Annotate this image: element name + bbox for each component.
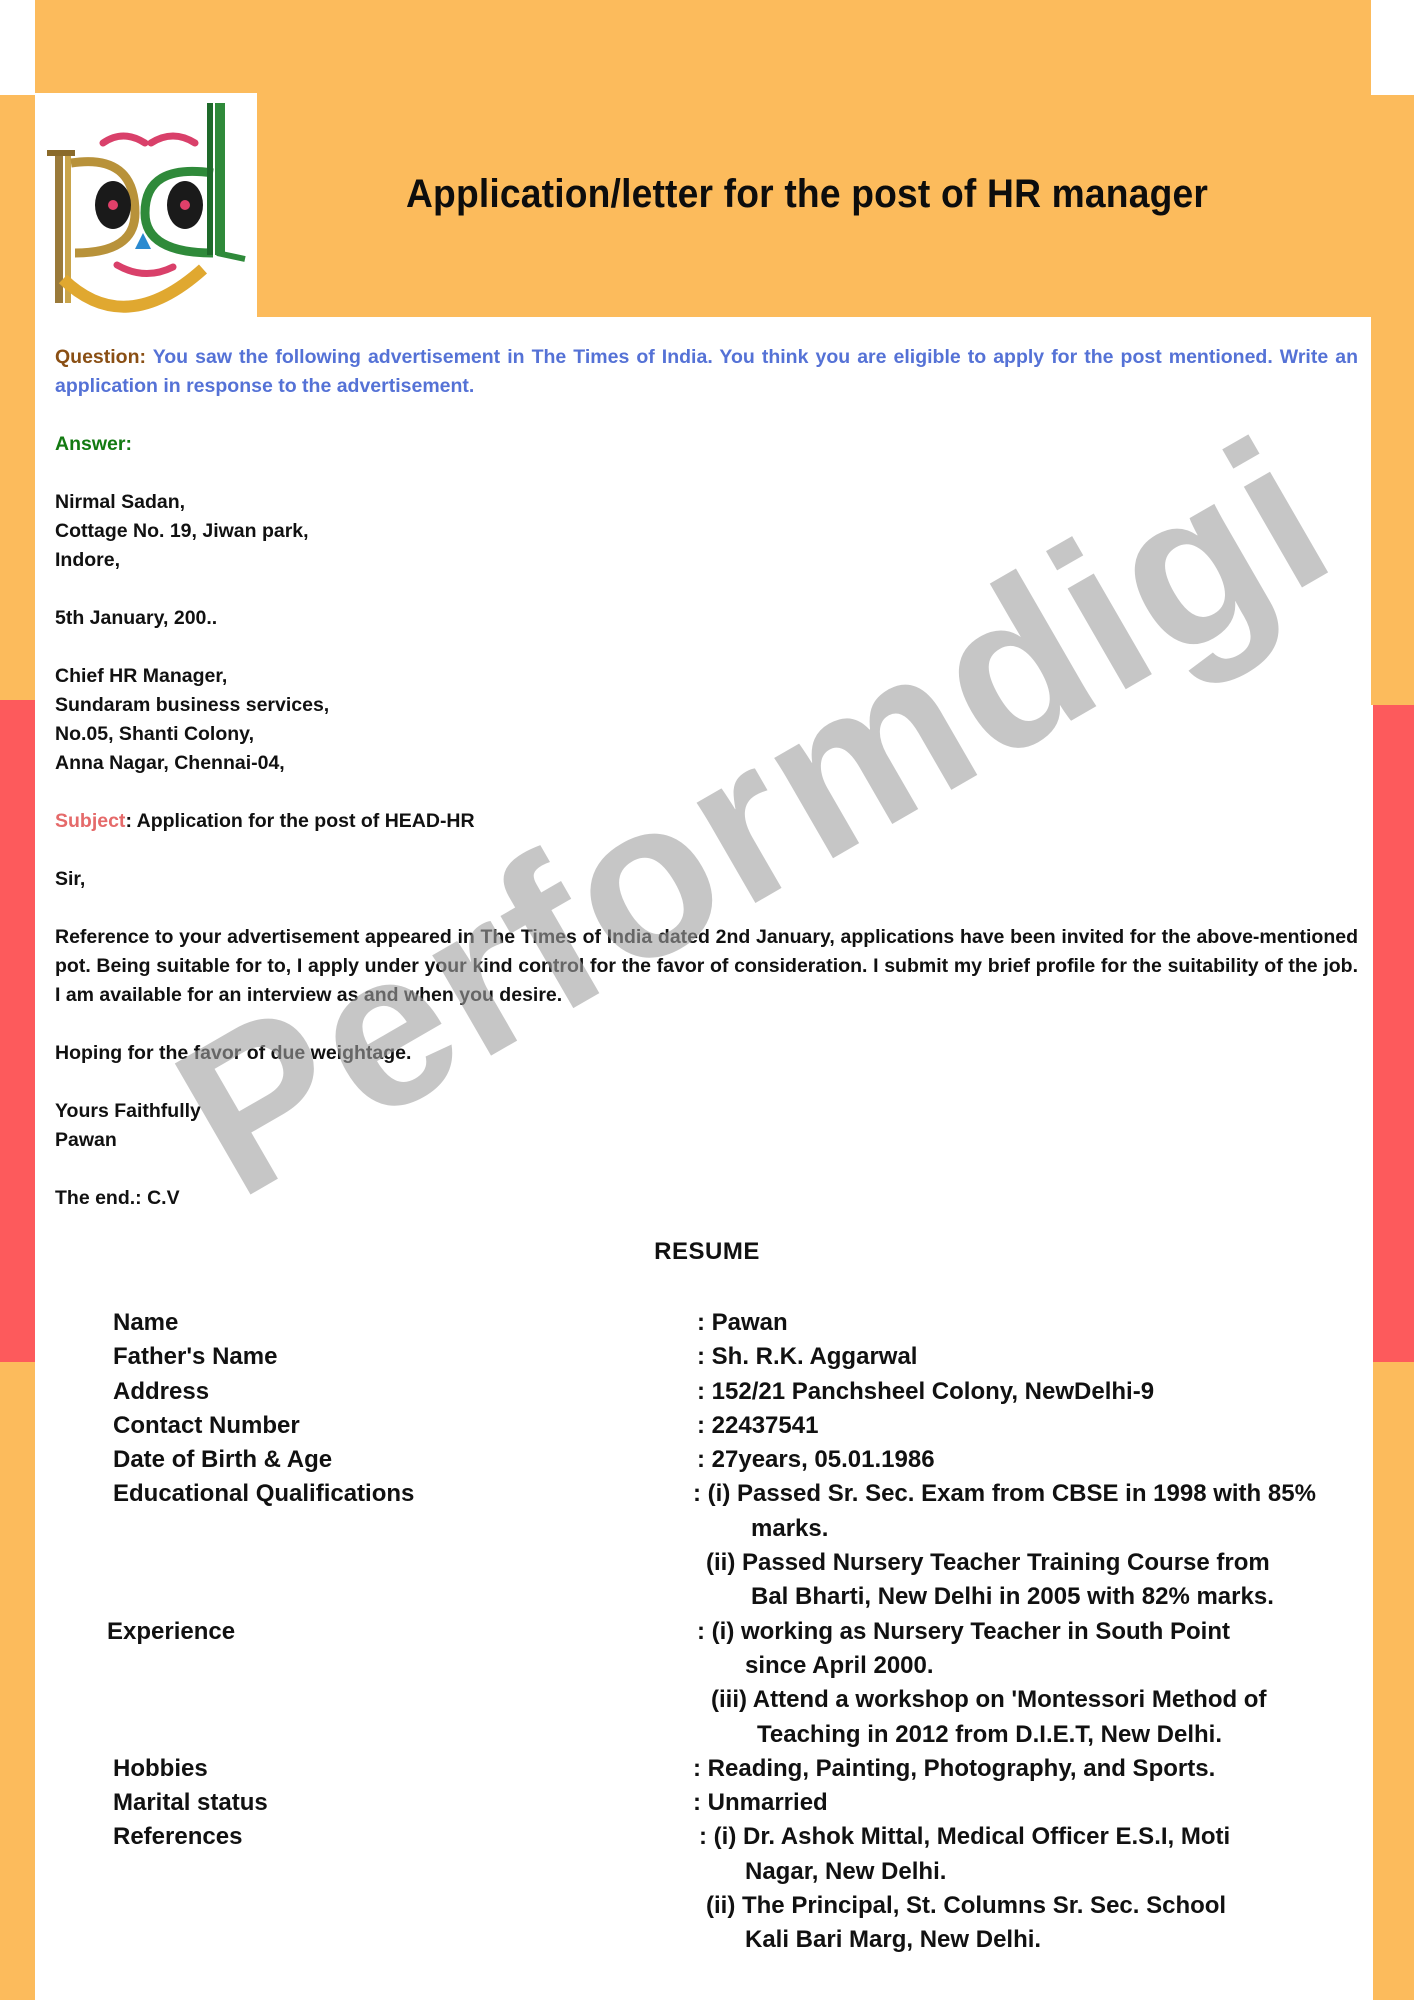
frame-corner-notch: [1392, 0, 1414, 95]
resume-value: (ii) Passed Nursery Teacher Training Cou…: [706, 1546, 1270, 1580]
resume-value: (ii) The Principal, St. Columns Sr. Sec.…: [706, 1889, 1226, 1923]
resume-row: Hobbies: Reading, Painting, Photography,…: [0, 1752, 1414, 1786]
salutation: Sir,: [55, 865, 1358, 894]
resume-label: Hobbies: [113, 1752, 208, 1786]
resume-value: : Reading, Painting, Photography, and Sp…: [693, 1752, 1215, 1786]
resume-value: : (i) Passed Sr. Sec. Exam from CBSE in …: [693, 1477, 1316, 1511]
recipient-address-line: Anna Nagar, Chennai-04,: [55, 749, 1358, 778]
resume-value: (iii) Attend a workshop on 'Montessori M…: [711, 1683, 1266, 1717]
resume-value: Teaching in 2012 from D.I.E.T, New Delhi…: [757, 1718, 1222, 1752]
resume-value: : Pawan: [697, 1306, 788, 1340]
resume-row: Contact Number: 22437541: [0, 1409, 1414, 1443]
resume-value: since April 2000.: [745, 1649, 934, 1683]
resume-value: : Unmarried: [693, 1786, 828, 1820]
resume-value: marks.: [751, 1512, 828, 1546]
frame-right-orange-top: [1371, 95, 1414, 705]
resume-label: Father's Name: [113, 1340, 277, 1374]
letter-date: 5th January, 200..: [55, 604, 1358, 633]
resume-label: Name: [113, 1306, 178, 1340]
resume-label: Experience: [107, 1615, 235, 1649]
question-block: Question: You saw the following advertis…: [55, 343, 1358, 401]
resume-row: (ii) Passed Nursery Teacher Training Cou…: [0, 1546, 1414, 1580]
resume-title: RESUME: [0, 1238, 1414, 1266]
resume-row: Teaching in 2012 from D.I.E.T, New Delhi…: [0, 1718, 1414, 1752]
page-title: Application/letter for the post of HR ma…: [296, 172, 1319, 217]
question-text: You saw the following advertisement in T…: [55, 346, 1358, 397]
resume-row: Bal Bharti, New Delhi in 2005 with 82% m…: [0, 1580, 1414, 1614]
resume-label: Educational Qualifications: [113, 1477, 414, 1511]
recipient-address-line: Chief HR Manager,: [55, 662, 1358, 691]
resume-value: Kali Bari Marg, New Delhi.: [745, 1923, 1041, 1957]
resume-row: Kali Bari Marg, New Delhi.: [0, 1923, 1414, 1957]
resume-table: Name: PawanFather's Name: Sh. R.K. Aggar…: [0, 1306, 1414, 1958]
resume-row: Marital status: Unmarried: [0, 1786, 1414, 1820]
resume-label: Date of Birth & Age: [113, 1443, 332, 1477]
subject-text: : Application for the post of HEAD-HR: [125, 810, 474, 832]
subject-line: Subject: Application for the post of HEA…: [55, 807, 1358, 836]
recipient-address-line: Sundaram business services,: [55, 691, 1358, 720]
hoping-line: Hoping for the favor of due weightage.: [55, 1039, 1358, 1068]
sender-address-line: Cottage No. 19, Jiwan park,: [55, 517, 1358, 546]
resume-row: Date of Birth & Age: 27years, 05.01.1986: [0, 1443, 1414, 1477]
resume-row: Address: 152/21 Panchsheel Colony, NewDe…: [0, 1375, 1414, 1409]
closing: Yours Faithfully: [55, 1097, 1358, 1126]
letter-body: Reference to your advertisement appeared…: [55, 923, 1358, 1010]
pd-face-logo-icon: [35, 93, 257, 317]
question-label: Question:: [55, 346, 146, 368]
signature: Pawan: [55, 1126, 1358, 1155]
resume-row: References: (i) Dr. Ashok Mittal, Medica…: [0, 1820, 1414, 1854]
resume-value: : 22437541: [697, 1409, 818, 1443]
resume-row: Name: Pawan: [0, 1306, 1414, 1340]
resume-label: Address: [113, 1375, 209, 1409]
resume-label: Marital status: [113, 1786, 268, 1820]
resume-label: References: [113, 1820, 242, 1854]
recipient-address-line: No.05, Shanti Colony,: [55, 720, 1358, 749]
sender-address-line: Nirmal Sadan,: [55, 488, 1358, 517]
resume-row: since April 2000.: [0, 1649, 1414, 1683]
enclosure-note: The end.: C.V: [55, 1184, 1358, 1213]
frame-left-orange-top: [0, 95, 35, 700]
resume-row: (ii) The Principal, St. Columns Sr. Sec.…: [0, 1889, 1414, 1923]
resume-label: Contact Number: [113, 1409, 300, 1443]
resume-row: Father's Name: Sh. R.K. Aggarwal: [0, 1340, 1414, 1374]
sender-address: Nirmal Sadan, Cottage No. 19, Jiwan park…: [55, 488, 1358, 575]
resume-value: : 152/21 Panchsheel Colony, NewDelhi-9: [697, 1375, 1154, 1409]
sender-address-line: Indore,: [55, 546, 1358, 575]
resume-row: Educational Qualifications: (i) Passed S…: [0, 1477, 1414, 1511]
resume-value: : (i) Dr. Ashok Mittal, Medical Officer …: [699, 1820, 1230, 1854]
resume-row: Nagar, New Delhi.: [0, 1855, 1414, 1889]
letter-content: Question: You saw the following advertis…: [55, 343, 1358, 1213]
resume-value: : (i) working as Nursery Teacher in Sout…: [697, 1615, 1230, 1649]
resume-value: : Sh. R.K. Aggarwal: [697, 1340, 917, 1374]
resume-value: : 27years, 05.01.1986: [697, 1443, 935, 1477]
resume-row: Experience: (i) working as Nursery Teach…: [0, 1615, 1414, 1649]
subject-label: Subject: [55, 810, 125, 832]
resume-value: Nagar, New Delhi.: [745, 1855, 946, 1889]
resume-row: (iii) Attend a workshop on 'Montessori M…: [0, 1683, 1414, 1717]
resume-row: marks.: [0, 1512, 1414, 1546]
resume-value: Bal Bharti, New Delhi in 2005 with 82% m…: [751, 1580, 1274, 1614]
pd-logo: [35, 93, 257, 317]
answer-label: Answer:: [55, 430, 1358, 459]
recipient-address: Chief HR Manager, Sundaram business serv…: [55, 662, 1358, 778]
